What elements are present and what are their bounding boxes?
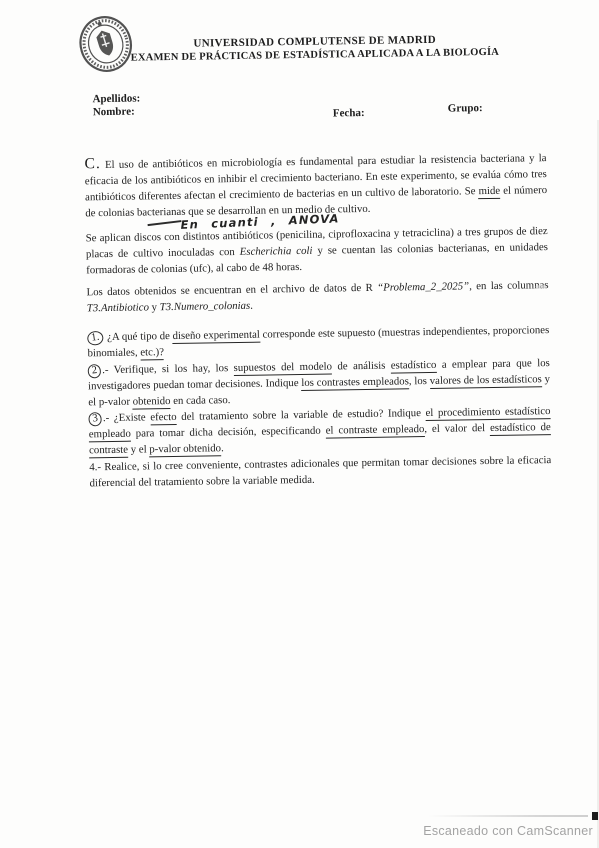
scan-artifact-line — [428, 815, 588, 817]
question-3-number: 3 — [88, 411, 103, 427]
problem-statement: C. El uso de antibióticos en microbiolog… — [84, 149, 547, 221]
problem-label: C. — [84, 155, 100, 172]
question-1-text: ¿A qué tipo de diseño experimental corre… — [87, 324, 549, 360]
question-1-number: 1. — [86, 330, 104, 346]
scan-artifact-smudge — [536, 285, 547, 288]
camscanner-credit: Escaneado con CamScanner — [423, 824, 593, 838]
apellidos-label: Apellidos: — [92, 92, 140, 105]
question-4: 4.- Realice, si lo cree conveniente, con… — [89, 452, 551, 491]
nombre-label: Nombre: — [93, 106, 135, 119]
data-file-note: Los datos obtenidos se encuentran en el … — [86, 277, 548, 316]
document-header: UNIVERSIDAD COMPLUTENSE DE MADRID EXAMEN… — [115, 33, 515, 64]
question-2: 2.- Verifique, si los hay, los supuestos… — [88, 355, 551, 410]
scan-artifact-square — [592, 812, 598, 820]
handwritten-stroke — [148, 220, 182, 226]
grupo-label: Grupo: — [448, 102, 483, 115]
problem-intro-text: El uso de antibióticos en microbiología … — [85, 152, 547, 219]
scanned-exam-page: UNIVERSIDAD COMPLUTENSE DE MADRID EXAMEN… — [0, 0, 599, 848]
scan-content: UNIVERSIDAD COMPLUTENSE DE MADRID EXAMEN… — [0, 0, 599, 848]
fecha-label: Fecha: — [333, 107, 365, 119]
experiment-description: Se aplican discos con distintos antibiót… — [86, 223, 549, 278]
question-3-text: ¿Existe efecto del tratamiento sobre la … — [89, 405, 551, 458]
question-2-text: Verifique, si los hay, los supuestos del… — [88, 357, 550, 409]
question-3: 3.- ¿Existe efecto del tratamiento sobre… — [88, 403, 551, 458]
question-4-text: Realice, si lo cree conveniente, contras… — [90, 454, 552, 489]
question-2-number: 2 — [87, 363, 102, 379]
